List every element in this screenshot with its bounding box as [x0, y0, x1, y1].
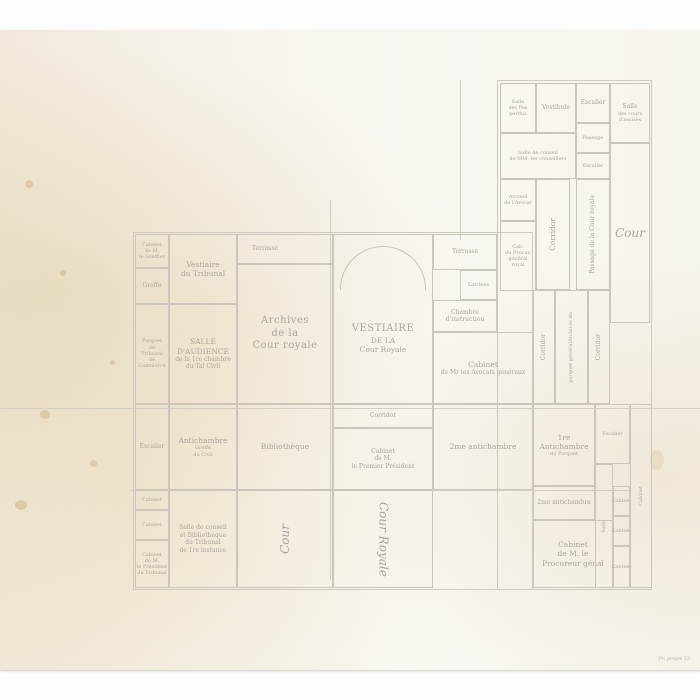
room-escalier-top: Escalier	[576, 83, 610, 123]
room-cabinet-left-1: Cabinet	[135, 490, 169, 510]
room-corridor-right-center: Corridor	[533, 290, 555, 404]
room-escalier-lower-right: Escalier	[595, 404, 630, 464]
room-cabinet-premier-president: Cabinet de M. le Premier Président	[333, 428, 433, 490]
room-2me-antichambre-center: 2me antichambre	[433, 404, 533, 490]
room-cabinet-r4: Cabinet	[630, 404, 652, 588]
room-cabinet-r1: Cabinet	[613, 486, 630, 516]
room-cour: Cour	[610, 143, 650, 323]
room-escalier-right: Escalier	[576, 153, 610, 179]
foxing-spot	[15, 500, 27, 510]
room-chambre-instruction: Chambre d'instruction	[433, 300, 497, 332]
catalog-mark: Fr. projet 13	[658, 656, 690, 662]
room-salle-narrow: Salle	[595, 464, 613, 588]
foxing-spot	[90, 460, 97, 467]
room-corridor-center: Corridor	[333, 404, 433, 428]
room-latrines: Latrines	[460, 270, 497, 300]
room-salle-pas-perdus: Salle des Pas perdus	[500, 83, 536, 133]
room-bibliotheque: Bibliothèque	[237, 404, 333, 490]
room-terrasse-right: Terrasse	[433, 234, 497, 270]
room-cabinet-president: Cabinet de M. le Président du Tribunal	[135, 540, 169, 588]
room-corridor-right-2: Corridor	[588, 290, 610, 404]
room-terrasse-left: Terrasse	[237, 234, 333, 264]
room-cab-procureur-royal: Cab. du Procur. général royal	[500, 221, 536, 291]
room-vestibule: Vestibule	[536, 83, 576, 133]
room-salle-assises: Salle des cours d'assises	[610, 83, 650, 143]
room-parquet-commerce: Parquet du Tribunal de Commerce	[135, 304, 169, 404]
foxing-spot	[650, 450, 664, 470]
room-cabinet-avocats-generaux: Cabinet de Mr les Avocats généraux	[433, 332, 533, 404]
room-passage: Passage	[576, 123, 610, 153]
foxing-spot	[25, 180, 33, 188]
room-cabinet-left-2: Cabinet	[135, 510, 169, 540]
room-vestiaire-cour-royale: VESTIAIRE DE LA Cour Royale	[333, 234, 433, 404]
court-area-left: Cour	[237, 490, 333, 588]
foxing-spot	[60, 270, 66, 276]
foxing-spot	[110, 360, 115, 365]
room-corridor-right: Corridor	[536, 179, 570, 290]
room-salle-audience: SALLE D'AUDIENCE de la 1re chambre du Ta…	[169, 304, 237, 404]
room-greffe: Greffe	[135, 268, 169, 304]
room-escalier-left: Escalier	[135, 404, 169, 490]
room-accueil-avocat: Accueil de l'Avocat	[500, 179, 536, 221]
room-archives-cour-royale: Archives de la Cour royale	[237, 264, 333, 404]
room-greffier-cabinet: Cabinet de M. le Greffier	[135, 234, 169, 268]
room-2me-antichambre-right: 2me antichambre	[533, 486, 595, 520]
room-passage-cour-royale: Passage de la Cour royale	[576, 179, 610, 290]
room-salle-conseil-conseillers: Salle de conseil de MM. les conseillers	[500, 133, 576, 179]
foxing-spot	[40, 410, 50, 419]
construction-line	[460, 80, 461, 240]
room-archives-parquet: Archives du parquet général	[555, 290, 588, 404]
room-vestiaire-tribunal: Vestiaire du Tribunal	[169, 234, 237, 304]
room-cabinet-r3: Cabinet	[613, 546, 630, 588]
court-area-center: Cour Royale	[333, 490, 433, 588]
room-cabinet-r2: Cabinet	[613, 516, 630, 546]
room-antichambre-left: Antichambre Greffe du Civil	[169, 404, 237, 490]
room-1re-antichambre-parquet: 1re Antichambre du Parquet	[533, 404, 595, 486]
room-salle-conseil-tribunal: Salle de conseil et Bibliothèque du Trib…	[169, 490, 237, 588]
